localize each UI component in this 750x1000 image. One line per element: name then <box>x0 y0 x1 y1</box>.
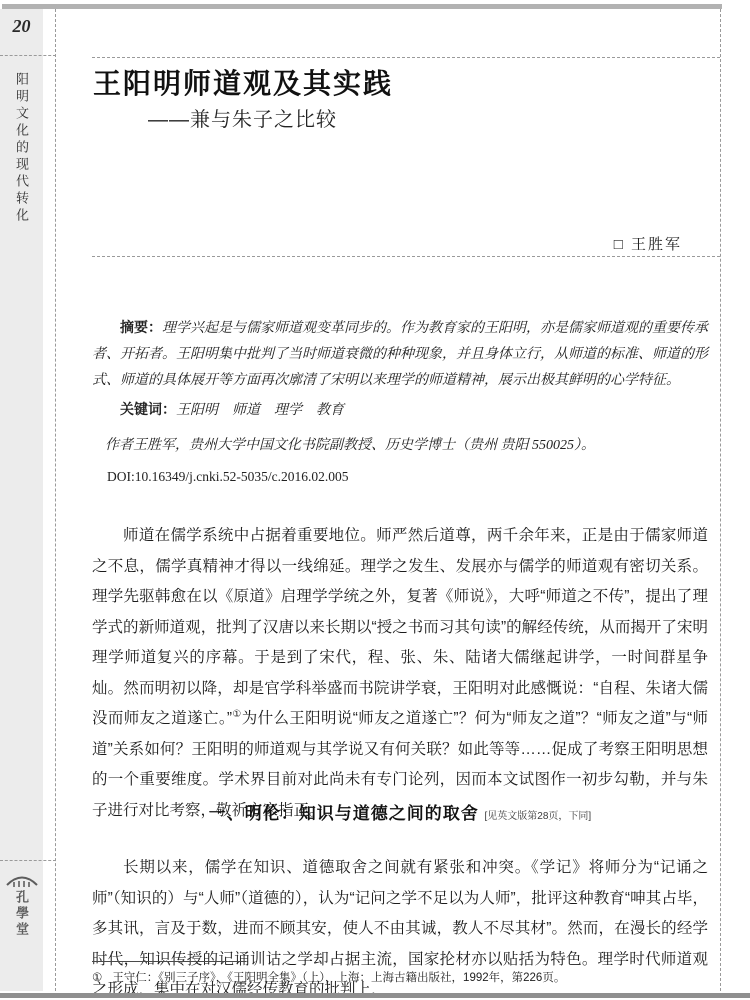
sidebar-divider-top <box>0 55 56 56</box>
abstract-paragraph: 摘要：理学兴起是与儒家师道观变革同步的。作为教育家的王阳明，亦是儒家师道观的重要… <box>92 314 708 394</box>
section-1-heading: 一、明伦：知识与道德之间的取舍 [见英文版第28页，下同] <box>92 799 708 824</box>
sidebar-divider-bottom <box>0 860 56 861</box>
author-bio-line: 作者王胜军，贵州大学中国文化书院副教授、历史学博士（贵州 贵阳 550025）。 <box>105 434 705 454</box>
keywords-text: 王阳明 师道 理学 教育 <box>176 403 344 418</box>
footnote-marker: ① <box>92 972 102 984</box>
section-1-note: [见英文版第28页，下同] <box>485 811 592 822</box>
keywords-line: 关键词：王阳明 师道 理学 教育 <box>92 399 708 419</box>
journal-page: 20 阳明文化的现代转化 孔學堂 王阳明师道观及其实践 ——兼与朱子之比较 □ … <box>0 0 750 1000</box>
article-title: 王阳明师道观及其实践 <box>93 62 708 102</box>
inner-dashed-border-right <box>720 9 721 991</box>
keywords-label: 关键词： <box>120 401 176 417</box>
section-1-title: 一、明伦：知识与道德之间的取舍 <box>209 804 479 823</box>
author-dashed-rule <box>92 256 720 257</box>
article-subtitle: ——兼与朱子之比较 <box>148 103 337 132</box>
bottom-border-bar <box>0 993 750 998</box>
abstract-label: 摘要： <box>120 319 162 335</box>
page-number: 20 <box>0 16 43 37</box>
doi-line: DOI:10.16349/j.cnki.52-5035/c.2016.02.00… <box>107 469 707 485</box>
body-paragraph-1: 师道在儒学系统中占据着重要地位。师严然后道尊，两千余年来，正是由于儒家师道之不息… <box>92 521 708 826</box>
paragraph1-text-a: 师道在儒学系统中占据着重要地位。师严然后道尊，两千余年来，正是由于儒家师道之不息… <box>92 527 708 727</box>
kongxuetang-logo: 孔學堂 <box>0 872 43 943</box>
footnote-text: 王守仁：《别三子序》，《王阳明全集》（上），上海：上海古籍出版社，1992年，第… <box>112 972 565 984</box>
footnote-separator-rule <box>92 961 246 962</box>
header-dashed-rule <box>92 57 720 58</box>
pavilion-roof-icon <box>0 872 43 888</box>
top-border-bar <box>2 4 722 9</box>
column-title-vertical: 阳明文化的现代转化 <box>12 72 31 225</box>
abstract-text: 理学兴起是与儒家师道观变革同步的。作为教育家的王阳明，亦是儒家师道观的重要传承者… <box>92 321 708 388</box>
footnote-line: ①王守仁：《别三子序》，《王阳明全集》（上），上海：上海古籍出版社，1992年，… <box>92 969 708 985</box>
logo-text: 孔學堂 <box>12 890 31 938</box>
footnote-reference-1: ① <box>232 709 242 720</box>
article-author: □ 王胜军 <box>614 233 682 254</box>
inner-dashed-border-left <box>55 9 56 991</box>
